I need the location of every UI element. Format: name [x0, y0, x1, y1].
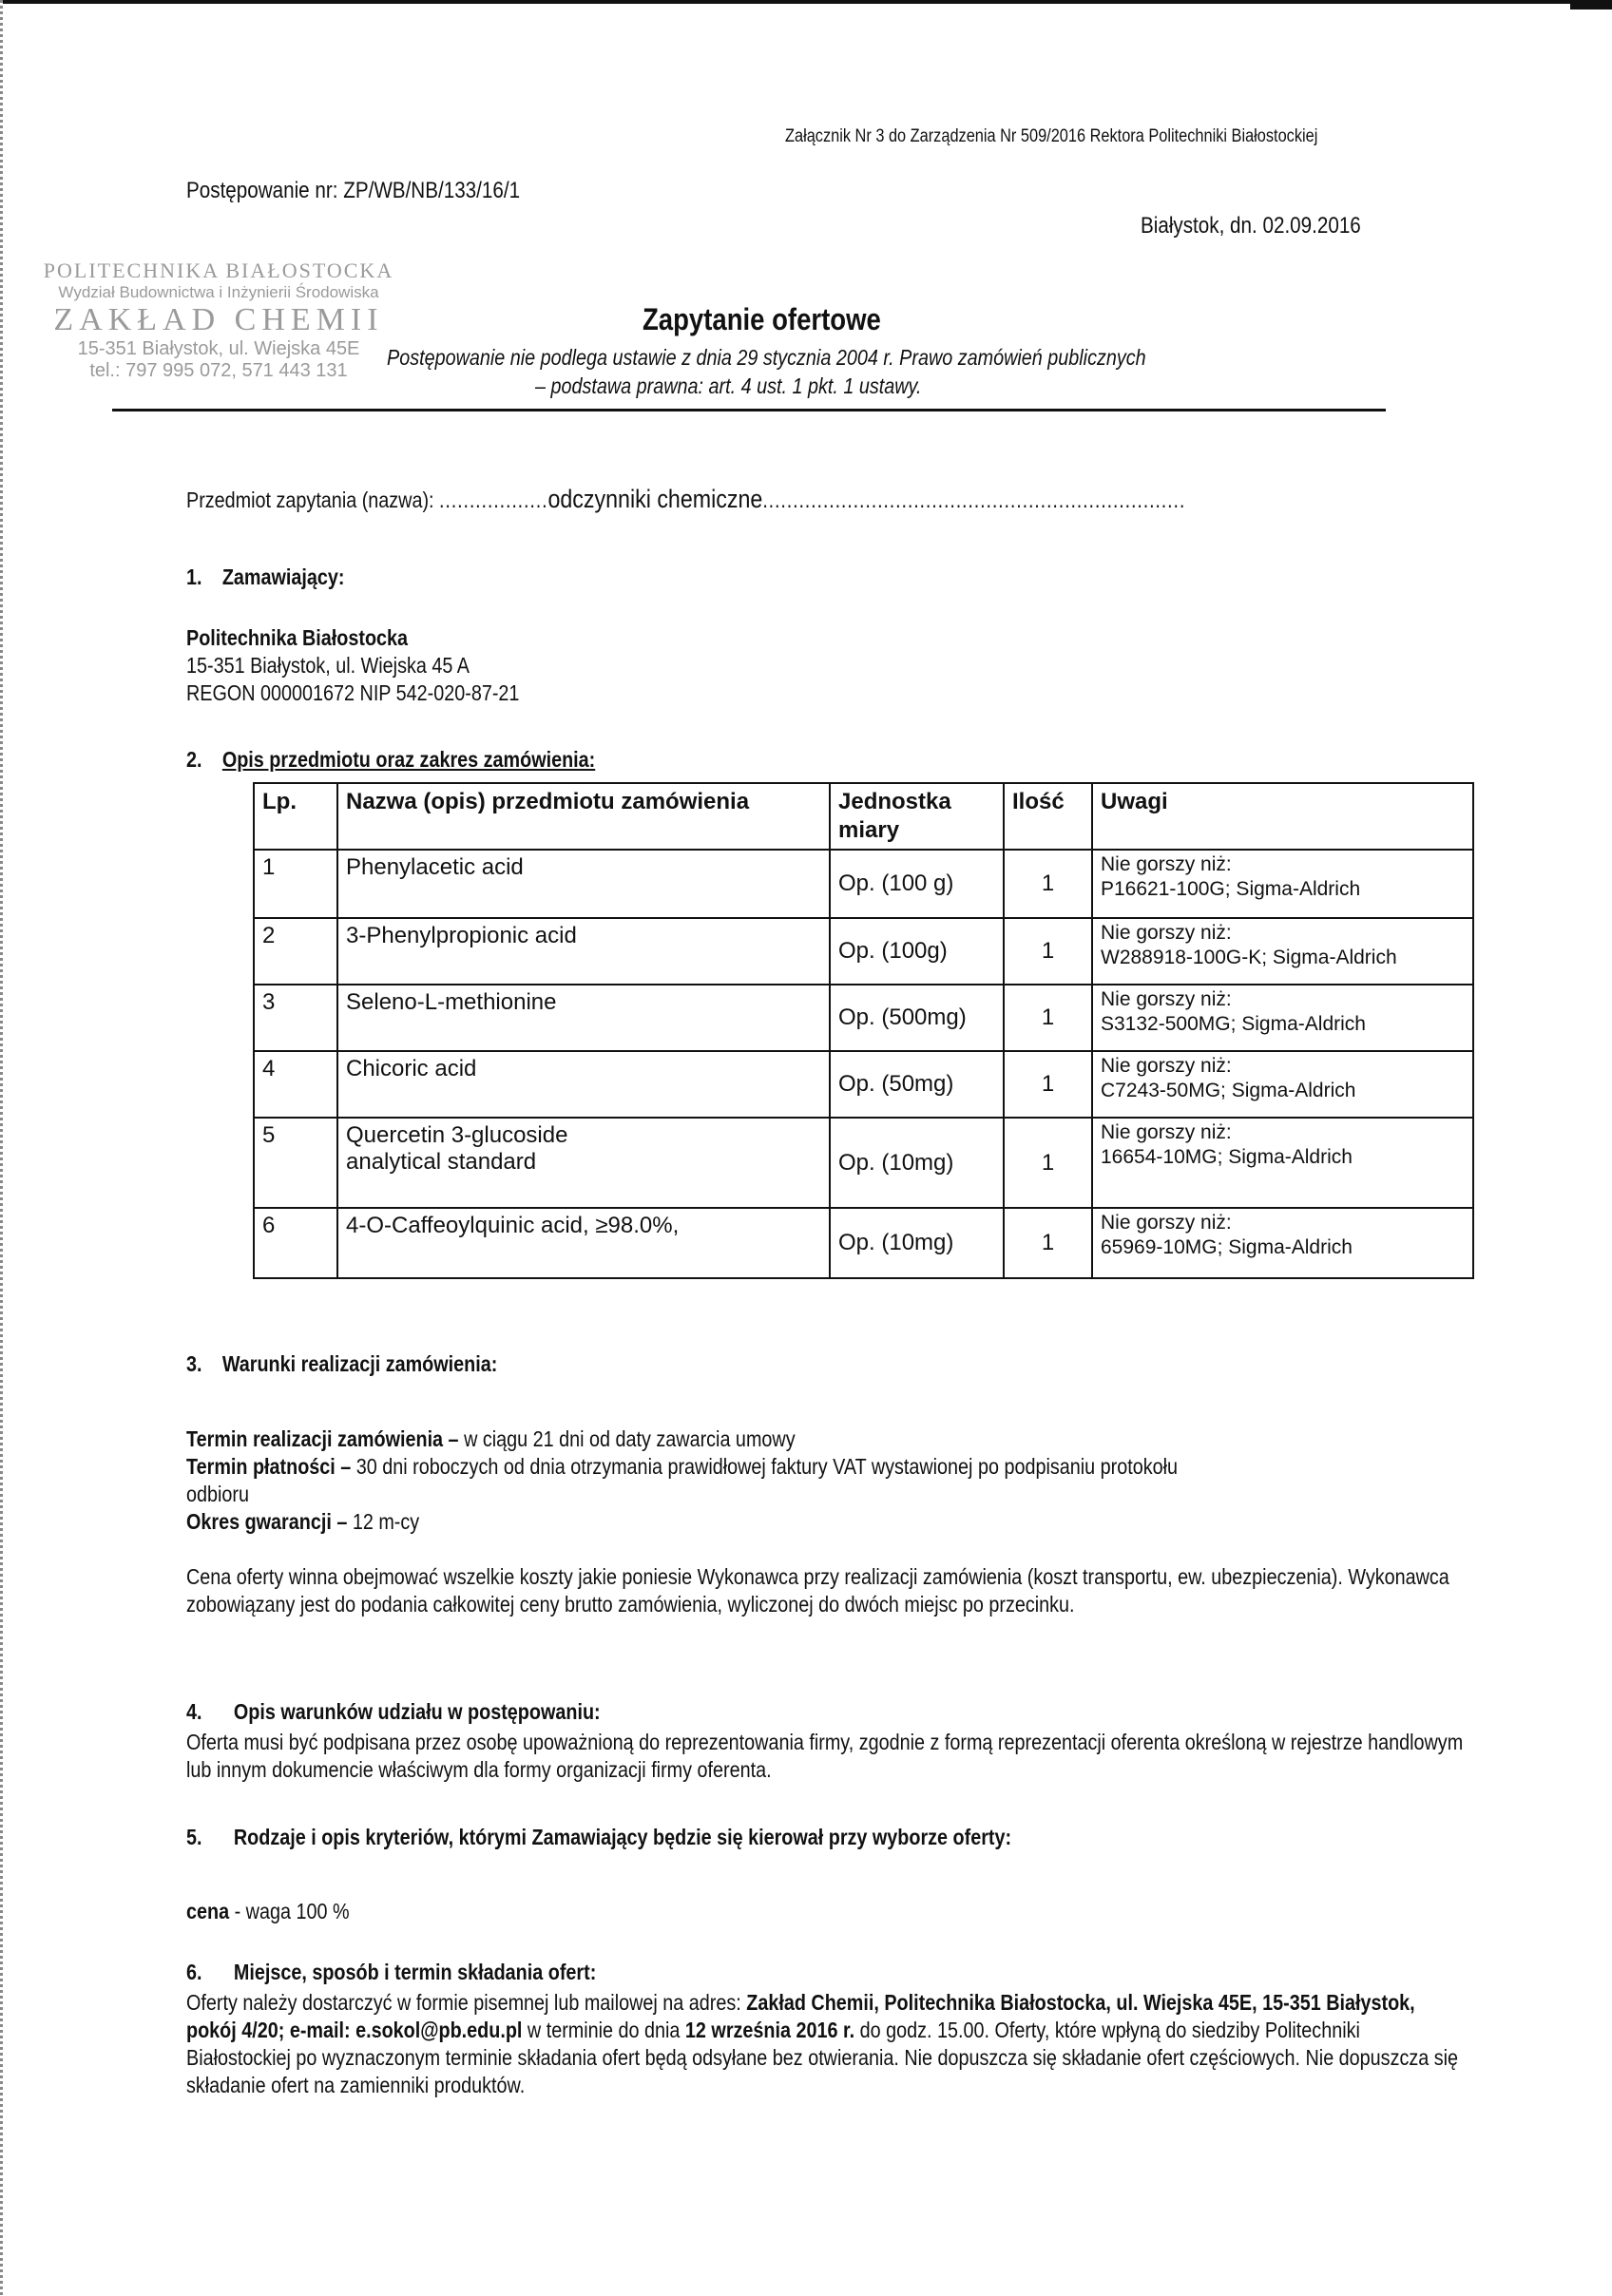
cell-qty: 1 [1004, 1208, 1092, 1278]
cell-unit: Op. (100g) [830, 918, 1004, 985]
col-notes: Uwagi [1092, 783, 1473, 850]
cell-lp: 3 [254, 985, 337, 1051]
stamp-faculty: Wydział Budownictwa i Inżynierii Środowi… [38, 283, 399, 302]
price-paragraph: Cena oferty winna obejmować wszelkie kos… [186, 1563, 1469, 1618]
cell-name: Quercetin 3-glucosideanalytical standard [337, 1118, 830, 1208]
contact-email[interactable]: e.sokol@pb.edu.pl [355, 2018, 522, 2042]
table-row: 4Chicoric acidOp. (50mg)1Nie gorszy niż:… [254, 1051, 1473, 1118]
buyer-name: Politechnika Białostocka [186, 624, 519, 652]
section-4-heading: 4.Opis warunków udziału w postępowaniu: [186, 1699, 601, 1725]
subject-value: odczynniki chemiczne [547, 485, 762, 513]
warranty-term: Okres gwarancji – 12 m-cy [186, 1508, 1469, 1536]
cell-name: Chicoric acid [337, 1051, 830, 1118]
buyer-address: 15-351 Białystok, ul. Wiejska 45 A [186, 652, 519, 679]
scan-artifact [1570, 4, 1612, 10]
scan-edge-left [0, 0, 3, 2296]
cell-qty: 1 [1004, 850, 1092, 918]
subject-line: Przedmiot zapytania (nazwa): ...........… [186, 485, 1185, 514]
col-name: Nazwa (opis) przedmiotu zamówienia [337, 783, 830, 850]
cell-notes: Nie gorszy niż:P16621-100G; Sigma-Aldric… [1092, 850, 1473, 918]
cell-lp: 2 [254, 918, 337, 985]
table-row: 5Quercetin 3-glucosideanalytical standar… [254, 1118, 1473, 1208]
payment-term: Termin płatności – 30 dni roboczych od d… [186, 1453, 1469, 1481]
cell-qty: 1 [1004, 1051, 1092, 1118]
table-row: 1Phenylacetic acidOp. (100 g)1Nie gorszy… [254, 850, 1473, 918]
cell-name: 4-O-Caffeoylquinic acid, ≥98.0%, [337, 1208, 830, 1278]
buyer-ids: REGON 000001672 NIP 542-020-87-21 [186, 679, 519, 707]
legal-basis-line2: – podstawa prawna: art. 4 ust. 1 pkt. 1 … [535, 373, 921, 399]
cell-qty: 1 [1004, 985, 1092, 1051]
deadline: 12 września 2016 r. [685, 2018, 854, 2042]
cell-unit: Op. (50mg) [830, 1051, 1004, 1118]
section-1-heading: 1.Zamawiający: [186, 564, 344, 590]
col-qty: Ilość [1004, 783, 1092, 850]
header-divider [112, 409, 1386, 411]
cell-notes: Nie gorszy niż:S3132-500MG; Sigma-Aldric… [1092, 985, 1473, 1051]
cell-lp: 4 [254, 1051, 337, 1118]
col-lp: Lp. [254, 783, 337, 850]
stamp-university: POLITECHNIKA BIAŁOSTOCKA [38, 258, 399, 283]
cell-qty: 1 [1004, 918, 1092, 985]
cell-unit: Op. (10mg) [830, 1208, 1004, 1278]
section-2-heading: 2.Opis przedmiotu oraz zakres zamówienia… [186, 747, 595, 773]
cell-name: 3-Phenylpropionic acid [337, 918, 830, 985]
cell-notes: Nie gorszy niż:C7243-50MG; Sigma-Aldrich [1092, 1051, 1473, 1118]
table-row: 3Seleno-L-methionineOp. (500mg)1Nie gors… [254, 985, 1473, 1051]
submission-info: Oferty należy dostarczyć w formie pisemn… [186, 1989, 1469, 2099]
table-header-row: Lp. Nazwa (opis) przedmiotu zamówienia J… [254, 783, 1473, 850]
stamp-phone: tel.: 797 995 072, 571 443 131 [38, 360, 399, 382]
table-row: 23-Phenylpropionic acidOp. (100g)1Nie go… [254, 918, 1473, 985]
stamp-department: ZAKŁAD CHEMII [38, 302, 399, 338]
page-title: Zapytanie ofertowe [643, 302, 881, 337]
annex-note: Załącznik Nr 3 do Zarządzenia Nr 509/201… [785, 126, 1317, 147]
cell-name: Phenylacetic acid [337, 850, 830, 918]
cell-notes: Nie gorszy niż:65969-10MG; Sigma-Aldrich [1092, 1208, 1473, 1278]
department-stamp: POLITECHNIKA BIAŁOSTOCKA Wydział Budowni… [38, 258, 399, 382]
procedure-number: Postępowanie nr: ZP/WB/NB/133/16/1 [186, 178, 520, 204]
items-table: Lp. Nazwa (opis) przedmiotu zamówienia J… [253, 782, 1474, 1279]
cell-lp: 1 [254, 850, 337, 918]
cell-unit: Op. (500mg) [830, 985, 1004, 1051]
section-5-heading: 5.Rodzaje i opis kryteriów, którymi Zama… [186, 1825, 1011, 1850]
col-unit: Jednostka miary [830, 783, 1004, 850]
subject-label: Przedmiot zapytania (nazwa): [186, 488, 434, 512]
delivery-term: Termin realizacji zamówienia – w ciągu 2… [186, 1425, 1469, 1453]
scan-edge-top [0, 0, 1612, 4]
cell-name: Seleno-L-methionine [337, 985, 830, 1051]
cell-lp: 5 [254, 1118, 337, 1208]
criterion: cena - waga 100 % [186, 1898, 350, 1925]
legal-basis-line1: Postępowanie nie podlega ustawie z dnia … [387, 345, 1146, 371]
cell-unit: Op. (100 g) [830, 850, 1004, 918]
participation-conditions: Oferta musi być podpisana przez osobę up… [186, 1729, 1469, 1784]
section-3-heading: 3.Warunki realizacji zamówienia: [186, 1351, 497, 1377]
cell-notes: Nie gorszy niż:16654-10MG; Sigma-Aldrich [1092, 1118, 1473, 1208]
place-date: Białystok, dn. 02.09.2016 [1141, 213, 1361, 239]
terms-block: Termin realizacji zamówienia – w ciągu 2… [186, 1425, 1469, 1618]
stamp-address: 15-351 Białystok, ul. Wiejska 45E [38, 338, 399, 360]
cell-unit: Op. (10mg) [830, 1118, 1004, 1208]
cell-qty: 1 [1004, 1118, 1092, 1208]
table-row: 64-O-Caffeoylquinic acid, ≥98.0%,Op. (10… [254, 1208, 1473, 1278]
buyer-info: Politechnika Białostocka 15-351 Białysto… [186, 624, 519, 707]
section-6-heading: 6.Miejsce, sposób i termin składania ofe… [186, 1960, 596, 1985]
cell-notes: Nie gorszy niż:W288918-100G-K; Sigma-Ald… [1092, 918, 1473, 985]
cell-lp: 6 [254, 1208, 337, 1278]
